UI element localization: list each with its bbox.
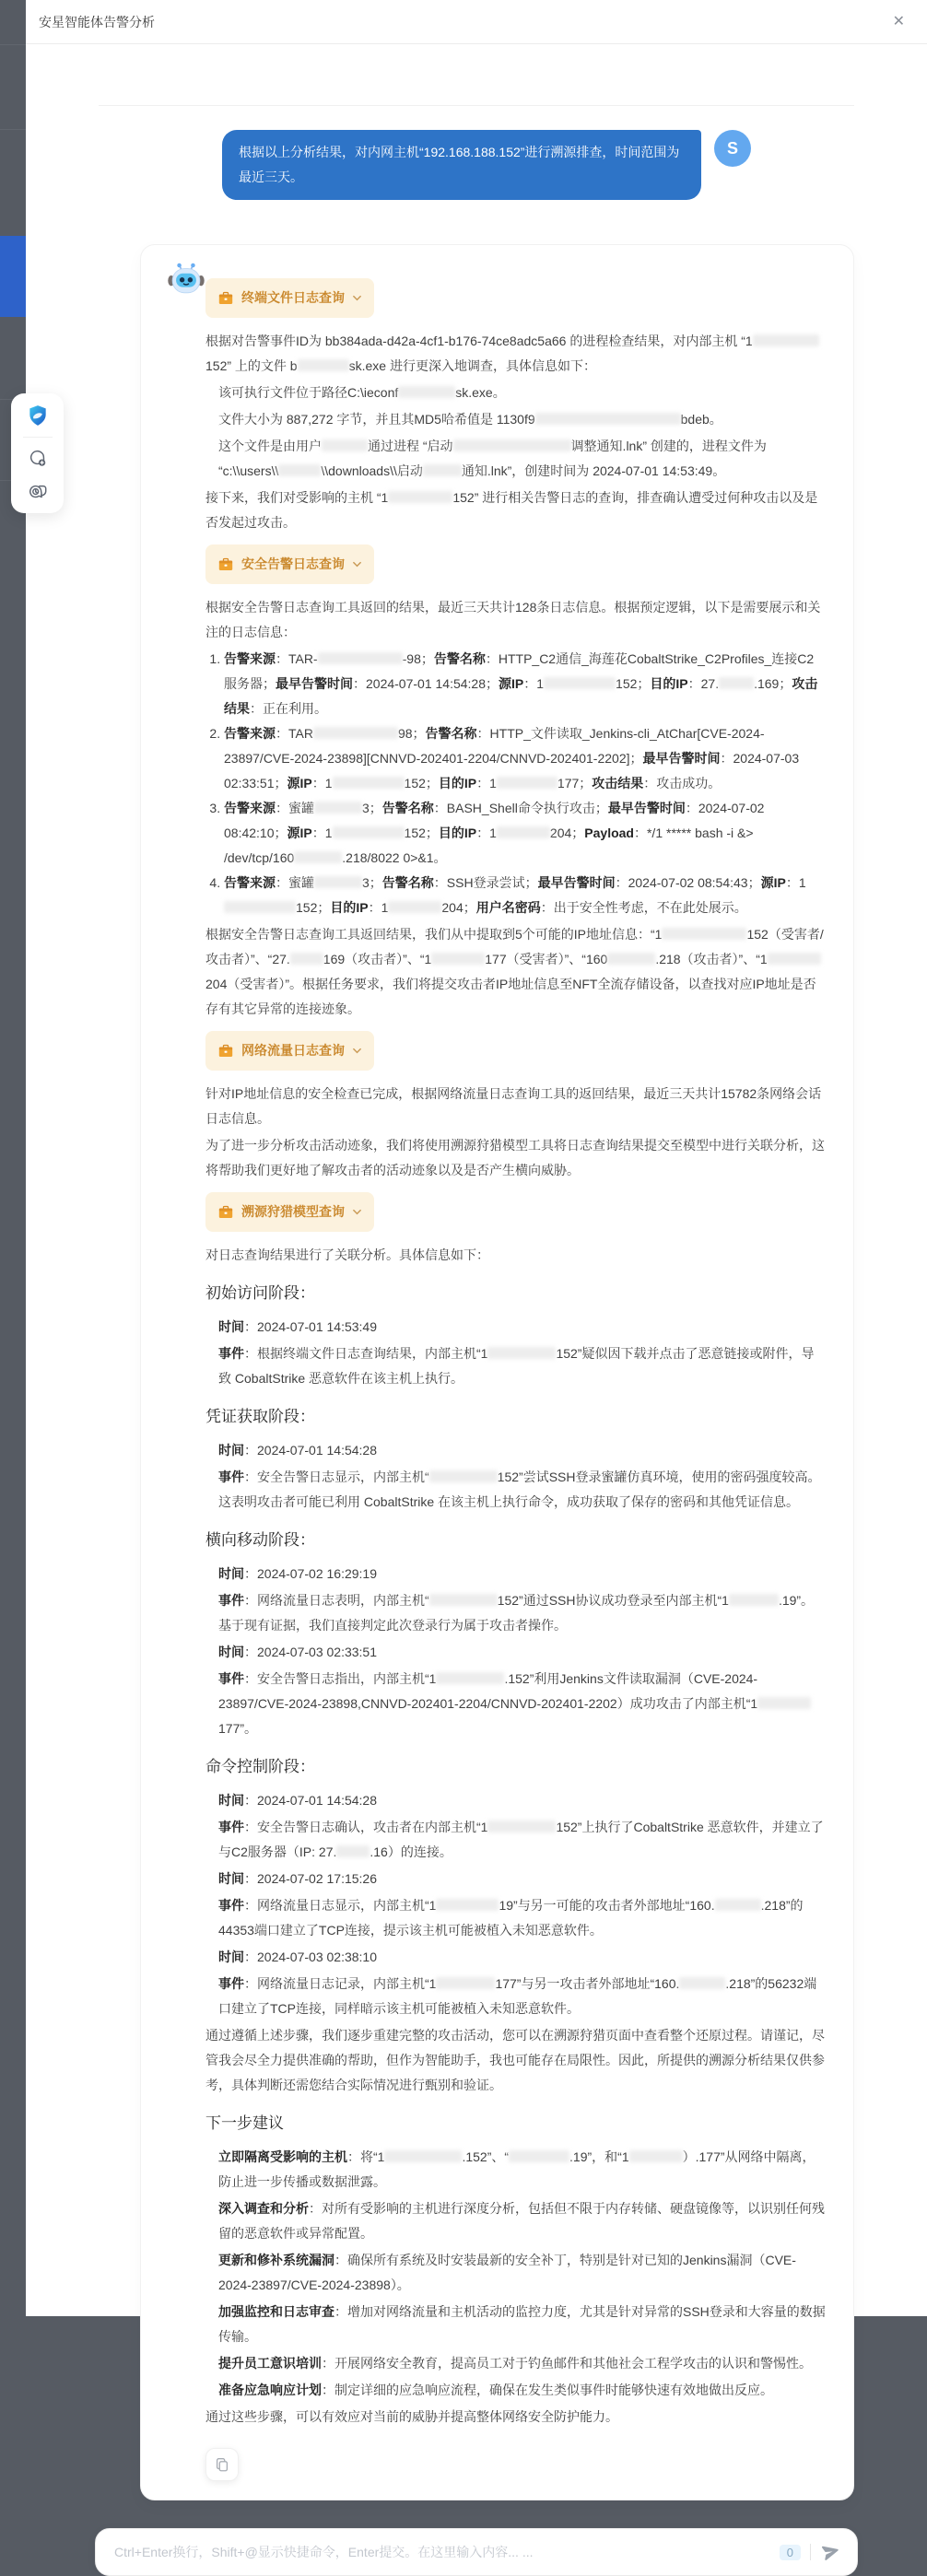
assistant-message-row: 终端文件日志查询根据对告警事件ID为 bb384ada-d42a-4cf1-b1… <box>99 244 854 2316</box>
paragraph: 该可执行文件位于路径C:\ieconfsk.exe。 <box>205 381 826 405</box>
toolbox-icon <box>217 556 234 573</box>
assistant-message-card: 终端文件日志查询根据对告警事件ID为 bb384ada-d42a-4cf1-b1… <box>140 244 854 2316</box>
close-icon[interactable]: ✕ <box>893 15 905 29</box>
modal-header: 安星智能体告警分析 ✕ <box>26 0 927 44</box>
sidebar-divider <box>0 44 26 45</box>
redacted-text <box>294 851 342 863</box>
redacted-text <box>453 439 571 451</box>
paragraph: 对日志查询结果进行了关联分析。具体信息如下： <box>205 1243 826 1268</box>
redacted-text <box>497 826 550 838</box>
detail-line: 事件：网络流量日志显示，内部主机“119”与另一可能的攻击者外部地址“160..… <box>205 1893 826 1943</box>
redacted-text <box>313 727 398 739</box>
paragraph: 通过遵循上述步骤，我们逐步重建完整的攻击活动，您可以在溯源狩猎页面中查看整个还原… <box>205 2023 826 2098</box>
modal-title: 安星智能体告警分析 <box>39 13 155 31</box>
user-message-row: 根据以上分析结果，对内网主机“192.168.188.152”进行溯源排查，时间… <box>99 130 854 200</box>
detail-line: 事件：根据终端文件日志查询结果，内部主机“1152”疑似因下载并点击了恶意链接或… <box>205 1341 826 1391</box>
redacted-text <box>431 953 485 965</box>
background-sidebar <box>0 0 26 2316</box>
terminal-file-log-query-chip[interactable]: 终端文件日志查询 <box>205 278 374 318</box>
chip-label: 网络流量日志查询 <box>241 1038 345 1063</box>
redacted-text <box>388 901 441 913</box>
toolbox-icon <box>217 290 234 307</box>
detail-line: 立即隔离受影响的主机：将“1.152”、“.19”，和“1）.177”从网络中隔… <box>205 2145 826 2195</box>
redacted-text <box>768 953 821 965</box>
detail-line: 加强监控和日志审查：增加对网络流量和主机活动的监控力度，尤其是针对异常的SSH登… <box>205 2300 826 2316</box>
redacted-text <box>336 1845 370 1857</box>
alert-analysis-modal: 安星智能体告警分析 ✕ 根据以上分析结果，对内网主机“192.168.188.1… <box>26 0 927 2316</box>
redacted-text <box>757 1697 811 1709</box>
toolbar-divider <box>23 437 53 438</box>
security-alert-log-query-chip[interactable]: 安全告警日志查询 <box>205 544 374 584</box>
redacted-text <box>436 1899 499 1911</box>
redacted-text <box>423 464 462 476</box>
redacted-text <box>715 1899 761 1911</box>
paragraph: 根据对告警事件ID为 bb384ada-d42a-4cf1-b176-74ce8… <box>205 329 826 379</box>
redacted-text <box>436 1672 504 1684</box>
network-traffic-log-query-chip[interactable]: 网络流量日志查询 <box>205 1031 374 1071</box>
redacted-text <box>314 876 362 888</box>
redacted-text <box>333 777 405 789</box>
redacted-text <box>487 1821 556 1832</box>
paragraph: 文件大小为 887,272 字节，并且其MD5哈希值是 1130f9bdeb。 <box>205 407 826 432</box>
alert-list-item: 告警来源：TAR--98；告警名称：HTTP_C2通信_海莲花CobaltStr… <box>224 647 826 721</box>
redacted-text <box>298 359 349 371</box>
detail-line: 事件：网络流量日志表明，内部主机“152”通过SSH协议成功登录至内部主机“1.… <box>205 1588 826 1638</box>
detail-line: 事件：安全告警日志确认，攻击者在内部主机“1152”上执行了CobaltStri… <box>205 1815 826 1865</box>
alert-list-item: 告警来源：TAR98；告警名称：HTTP_文件读取_Jenkins-cli_At… <box>224 721 826 796</box>
detail-line: 时间：2024-07-03 02:33:51 <box>205 1640 826 1665</box>
toolbox-icon <box>217 1204 234 1221</box>
detail-line: 时间：2024-07-02 17:15:26 <box>205 1867 826 1891</box>
redacted-text <box>679 1977 725 1989</box>
paragraph: 为了进一步分析攻击活动迹象，我们将使用溯源狩猎模型工具将日志查询结果提交至模型中… <box>205 1133 826 1183</box>
paragraph: 根据安全告警日志查询工具返回结果，我们从中提取到5个可能的IP地址信息：“115… <box>205 922 826 1022</box>
redacted-text <box>497 777 557 789</box>
detail-line: 深入调查和分析：对所有受影响的主机进行深度分析，包括但不限于内存转储、硬盘镜像等… <box>205 2196 826 2246</box>
user-message-bubble: 根据以上分析结果，对内网主机“192.168.188.152”进行溯源排查，时间… <box>222 130 701 200</box>
chevron-down-icon <box>352 1207 362 1217</box>
toolbox-icon <box>217 1043 234 1060</box>
redacted-text <box>436 1977 495 1989</box>
alert-list-item: 告警来源：蜜罐3；告警名称：SSH登录尝试；最早告警时间：2024-07-02 … <box>224 871 826 920</box>
user-avatar: S <box>714 130 751 167</box>
redacted-text <box>290 953 323 965</box>
detail-line: 时间：2024-07-01 14:54:28 <box>205 1438 826 1463</box>
redacted-text <box>629 2150 683 2162</box>
redacted-text <box>384 2150 462 2162</box>
redacted-text <box>487 1347 556 1359</box>
redacted-text <box>398 386 455 398</box>
brand-logo-icon[interactable] <box>26 404 50 427</box>
chat-top-divider <box>99 105 854 106</box>
phase-heading: 横向移动阶段： <box>205 1528 826 1552</box>
detail-line: 时间：2024-07-03 02:38:10 <box>205 1945 826 1970</box>
redacted-text <box>388 491 452 503</box>
chevron-down-icon <box>352 1046 362 1056</box>
phase-heading: 命令控制阶段： <box>205 1754 826 1779</box>
redacted-text <box>719 677 754 689</box>
chevron-down-icon <box>352 293 362 303</box>
paragraph: 接下来，我们对受影响的主机 “1152” 进行相关告警日志的查询，排查确认遭受过… <box>205 486 826 535</box>
assistant-robot-avatar <box>167 259 205 298</box>
redacted-text <box>535 413 681 425</box>
chip-label: 安全告警日志查询 <box>241 552 345 577</box>
detail-line: 事件：安全告警日志显示，内部主机“152”尝试SSH登录蜜罐仿真环境，使用的密码… <box>205 1465 826 1515</box>
detail-line: 事件：安全告警日志指出，内部主机“1.152”利用Jenkins文件读取漏洞（C… <box>205 1667 826 1741</box>
chat-history-icon[interactable] <box>26 480 50 504</box>
detail-line: 时间：2024-07-02 16:29:19 <box>205 1562 826 1587</box>
redacted-text <box>729 1594 779 1606</box>
chevron-down-icon <box>352 559 362 569</box>
phase-heading: 下一步建议 <box>205 2111 826 2136</box>
redacted-text <box>322 439 368 451</box>
sidebar-active-item[interactable] <box>0 236 26 317</box>
redacted-text <box>429 1594 498 1606</box>
alert-list-item: 告警来源：蜜罐3；告警名称：BASH_Shell命令执行攻击；最早告警时间：20… <box>224 796 826 871</box>
phase-heading: 初始访问阶段： <box>205 1281 826 1306</box>
redacted-text <box>333 826 405 838</box>
detail-line: 事件：网络流量日志记录，内部主机“1177”与另一攻击者外部地址“160..21… <box>205 1972 826 2021</box>
alert-list: 告警来源：TAR--98；告警名称：HTTP_C2通信_海莲花CobaltStr… <box>205 647 826 920</box>
redacted-text <box>607 953 655 965</box>
sidebar-divider <box>0 129 26 130</box>
chip-label: 溯源狩猎模型查询 <box>241 1200 345 1224</box>
new-chat-icon[interactable] <box>26 447 50 471</box>
redacted-text <box>318 652 403 664</box>
redacted-text <box>662 928 746 940</box>
floating-side-toolbar <box>11 393 64 513</box>
trace-hunting-model-query-chip[interactable]: 溯源狩猎模型查询 <box>205 1192 374 1232</box>
phase-heading: 凭证获取阶段： <box>205 1404 826 1429</box>
paragraph: 针对IP地址信息的安全检查已完成，根据网络流量日志查询工具的返回结果，最近三天共… <box>205 1082 826 1131</box>
paragraph: 这个文件是由用户通过进程 “启动调整通知.lnk” 创建的，进程文件为 “c:\… <box>205 434 826 484</box>
detail-line: 更新和修补系统漏洞：确保所有系统及时安装最新的安全补丁，特别是针对已知的Jenk… <box>205 2248 826 2298</box>
redacted-text <box>544 677 616 689</box>
chip-label: 终端文件日志查询 <box>241 286 345 310</box>
redacted-text <box>509 2150 569 2162</box>
redacted-text <box>224 901 296 913</box>
detail-line: 时间：2024-07-01 14:54:28 <box>205 1788 826 1813</box>
assistant-content: 终端文件日志查询根据对告警事件ID为 bb384ada-d42a-4cf1-b1… <box>205 271 826 2316</box>
redacted-text <box>278 464 321 476</box>
redacted-text <box>753 334 819 346</box>
detail-line: 时间：2024-07-01 14:53:49 <box>205 1315 826 1340</box>
redacted-text <box>314 802 362 814</box>
paragraph: 根据安全告警日志查询工具返回的结果，最近三天共计128条日志信息。根据预定逻辑，… <box>205 595 826 645</box>
redacted-text <box>429 1470 498 1482</box>
